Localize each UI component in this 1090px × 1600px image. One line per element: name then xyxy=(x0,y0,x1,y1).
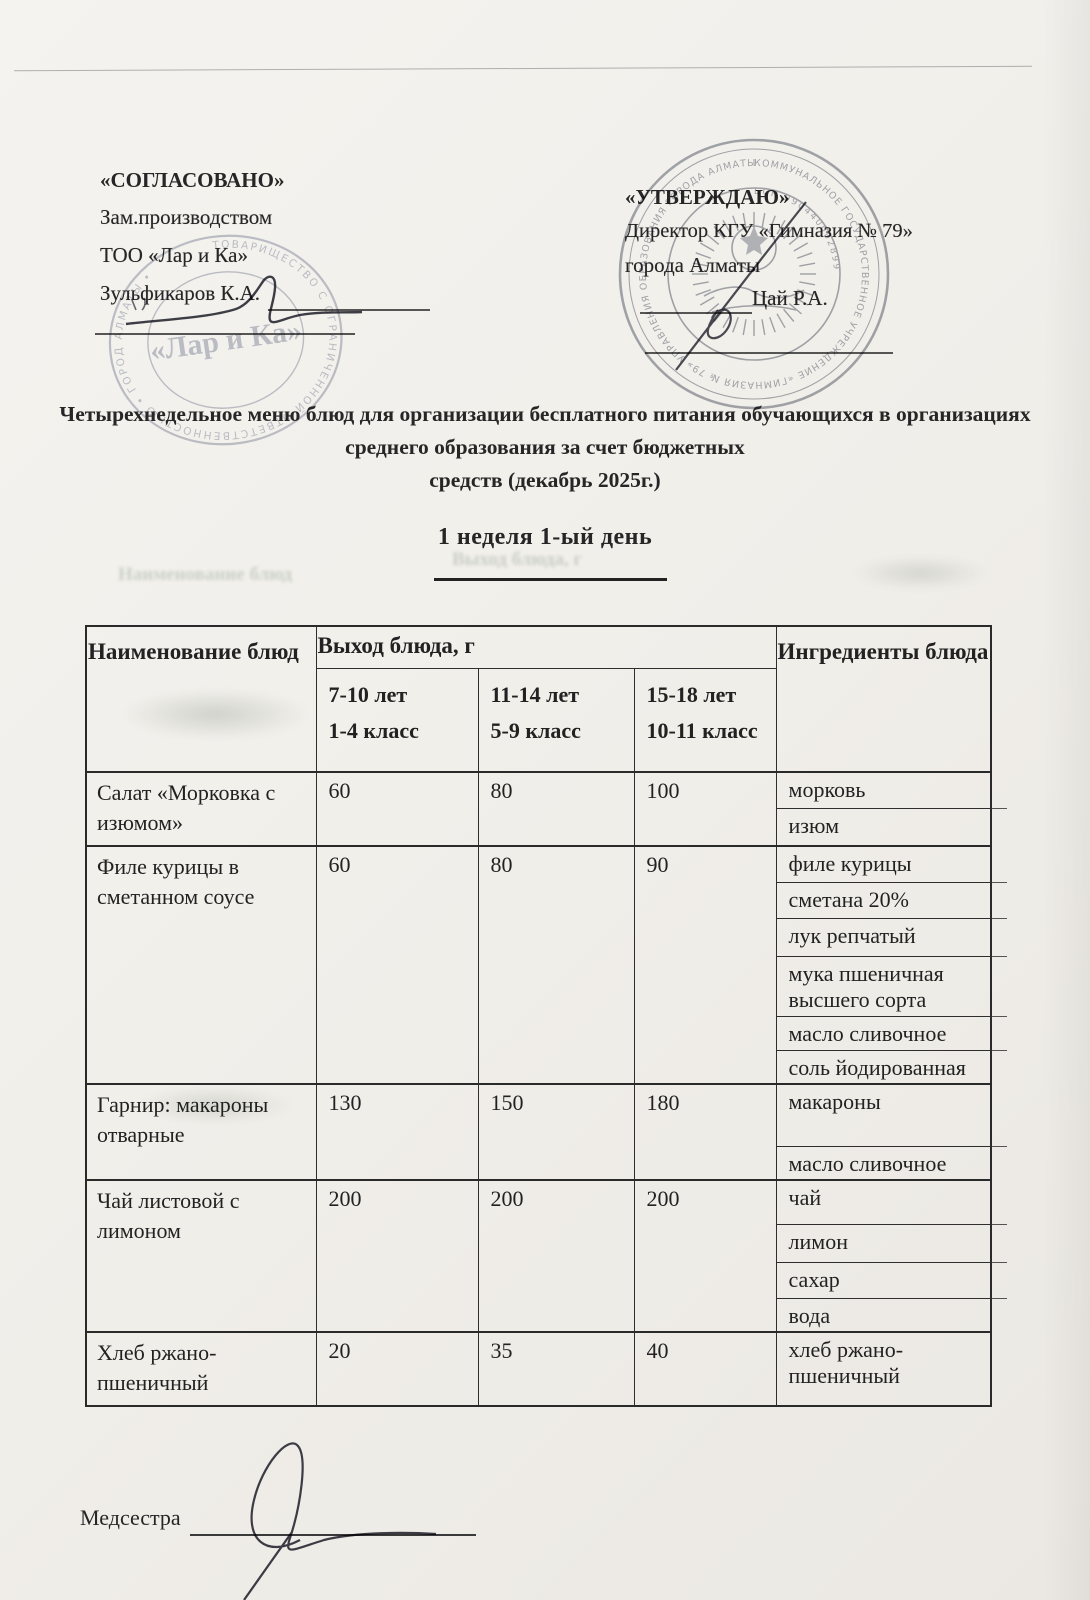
ingredient-cell: филе курицы xyxy=(776,846,991,882)
document-title: Четырехнедельное меню блюд для организац… xyxy=(0,398,1090,497)
ingredient-cell: вода xyxy=(776,1298,991,1332)
ingredient-cell: изюм xyxy=(776,808,991,846)
ingredient-cell: макароны xyxy=(776,1084,991,1146)
portion-value-cell: 130 xyxy=(316,1084,478,1180)
portion-value-cell: 200 xyxy=(634,1180,776,1332)
scan-edge-line xyxy=(14,66,1032,71)
week-day-subtitle: 1 неделя 1-ый день xyxy=(0,524,1090,551)
ingredient-cell: лимон xyxy=(776,1224,991,1262)
ingredient-cell: масло сливочное xyxy=(776,1016,991,1050)
portion-value-cell: 80 xyxy=(478,772,634,846)
approved-role: Зам.производством xyxy=(100,207,272,228)
authorized-signature xyxy=(648,158,898,388)
title-line-1: Четырехнедельное меню блюд для организац… xyxy=(0,398,1090,431)
portion-value-cell: 90 xyxy=(634,846,776,1084)
scan-smudge xyxy=(850,555,990,591)
menu-table-body: Салат «Морковка с изюмом»6080100морковьи… xyxy=(86,772,991,1406)
dish-row: Чай листовой с лимоном200200200чай xyxy=(86,1180,991,1224)
portion-value-cell: 60 xyxy=(316,772,478,846)
ingredient-cell: масло сливочное xyxy=(776,1146,991,1180)
header-age-group-2: 11-14 лет 5-9 класс xyxy=(478,668,634,772)
approved-signature xyxy=(118,262,388,352)
portion-value-cell: 60 xyxy=(316,846,478,1084)
ingredient-cell: мука пшеничная высшего сорта xyxy=(776,956,991,1016)
portion-value-cell: 150 xyxy=(478,1084,634,1180)
subtitle-underline xyxy=(434,578,667,581)
ghost-bleed-text: Наименование блюд xyxy=(118,560,293,590)
dish-name-cell: Филе курицы в сметанном соусе xyxy=(86,846,316,1084)
dish-name-cell: Хлеб ржано-пшеничный xyxy=(86,1332,316,1406)
portion-value-cell: 80 xyxy=(478,846,634,1084)
header-ingredients: Ингредиенты блюда xyxy=(776,626,991,772)
scanned-document-page: Наименование блюд Выход блюда, г «СОГЛАС… xyxy=(0,0,1090,1600)
header-output: Выход блюда, г xyxy=(316,626,776,668)
portion-value-cell: 40 xyxy=(634,1332,776,1406)
header-dish-name: Наименование блюд xyxy=(86,626,316,772)
ingredient-cell: чай xyxy=(776,1180,991,1224)
dish-name-cell: Салат «Морковка с изюмом» xyxy=(86,772,316,846)
ingredient-cell: соль йодированная xyxy=(776,1050,991,1084)
scan-edge-shading xyxy=(1042,0,1090,1600)
portion-value-cell: 20 xyxy=(316,1332,478,1406)
ingredient-cell: морковь xyxy=(776,772,991,808)
portion-value-cell: 200 xyxy=(316,1180,478,1332)
title-line-2: среднего образования за счет бюджетных xyxy=(0,431,1090,464)
nurse-label: Медсестра xyxy=(80,1505,181,1531)
dish-row: Гарнир: макароны отварные130150180макаро… xyxy=(86,1084,991,1146)
header-age-group-1: 7-10 лет 1-4 класс xyxy=(316,668,478,772)
portion-value-cell: 100 xyxy=(634,772,776,846)
nurse-signature xyxy=(196,1412,506,1600)
ingredient-cell: сметана 20% xyxy=(776,882,991,918)
dish-row: Салат «Морковка с изюмом»6080100морковь xyxy=(86,772,991,808)
approved-heading: «СОГЛАСОВАНО» xyxy=(100,170,284,191)
header-age-group-3: 15-18 лет 10-11 класс xyxy=(634,668,776,772)
portion-value-cell: 180 xyxy=(634,1084,776,1180)
portion-value-cell: 200 xyxy=(478,1180,634,1332)
ingredient-cell: хлеб ржано-пшеничный xyxy=(776,1332,991,1406)
dish-row: Филе курицы в сметанном соусе608090филе … xyxy=(86,846,991,882)
ingredient-cell: сахар xyxy=(776,1262,991,1298)
dish-row: Хлеб ржано-пшеничный203540хлеб ржано-пше… xyxy=(86,1332,991,1406)
ingredient-cell: лук репчатый xyxy=(776,918,991,956)
title-line-3: средств (декабрь 2025г.) xyxy=(0,464,1090,497)
dish-name-cell: Чай листовой с лимоном xyxy=(86,1180,316,1332)
menu-table: Наименование блюд Выход блюда, г Ингреди… xyxy=(85,625,992,1407)
dish-name-cell: Гарнир: макароны отварные xyxy=(86,1084,316,1180)
portion-value-cell: 35 xyxy=(478,1332,634,1406)
table-header-row-1: Наименование блюд Выход блюда, г Ингреди… xyxy=(86,626,991,668)
